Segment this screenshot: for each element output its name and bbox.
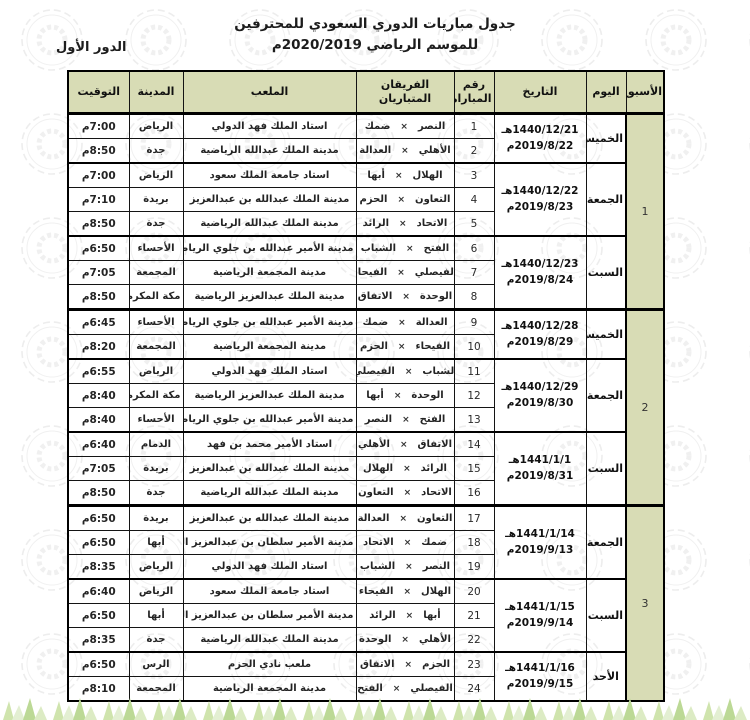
away-team: الفيصلي bbox=[356, 366, 395, 377]
day-cell: السبت bbox=[586, 236, 626, 310]
date-cell: 1440/12/21هـ2019/8/22م bbox=[494, 114, 586, 164]
home-team: أبها bbox=[423, 610, 441, 621]
stadium-cell: مدينة الملك عبدالله الرياضية bbox=[183, 628, 356, 653]
schedule-table-container: الأسبوع اليوم التاريخ رقم المباراة الفري… bbox=[67, 70, 665, 702]
gregorian-date: 2019/8/31م bbox=[497, 469, 584, 485]
time-cell: 6:40م bbox=[68, 579, 129, 604]
date-cell: 1440/12/28هـ2019/8/29م bbox=[494, 310, 586, 360]
stadium-cell: استاد الملك فهد الدولي bbox=[183, 114, 356, 139]
city-cell: جدة bbox=[129, 628, 183, 653]
hijri-date: 1441/1/16هـ bbox=[497, 661, 584, 677]
teams-cell: الفيحاء×الحزم bbox=[356, 335, 454, 360]
time-cell: 8:20م bbox=[68, 335, 129, 360]
teams-pairing: الفيصلي×الفتح bbox=[363, 683, 448, 694]
date-cell: 1440/12/22هـ2019/8/23م bbox=[494, 163, 586, 236]
city-cell: مكة المكرمة bbox=[129, 384, 183, 408]
day-cell: الجمعة bbox=[586, 163, 626, 236]
match-number-cell: 16 bbox=[454, 481, 494, 506]
match-number-cell: 10 bbox=[454, 335, 494, 360]
home-team: الهلال bbox=[413, 170, 443, 181]
table-row: 1الخميس1440/12/21هـ2019/8/22م1النصر×ضمكا… bbox=[68, 114, 664, 139]
match-number-cell: 20 bbox=[454, 579, 494, 604]
home-team: الهلال bbox=[421, 586, 451, 597]
stadium-cell: استاد الملك فهد الدولي bbox=[183, 359, 356, 384]
city-cell: المجمعة bbox=[129, 335, 183, 360]
time-cell: 8:35م bbox=[68, 555, 129, 580]
teams-cell: الأهلي×الوحدة bbox=[356, 628, 454, 653]
teams-pairing: الفتح×النصر bbox=[363, 414, 448, 425]
hijri-date: 1440/12/22هـ bbox=[497, 184, 584, 200]
teams-cell: الوحدة×أبها bbox=[356, 384, 454, 408]
table-body: 1الخميس1440/12/21هـ2019/8/22م1النصر×ضمكا… bbox=[68, 114, 664, 702]
stadium-cell: مدينة الأمير عبدالله بن جلوي الرياضية bbox=[183, 236, 356, 261]
table-row: الجمعة1440/12/22هـ2019/8/23م3الهلال×أبها… bbox=[68, 163, 664, 188]
date-cell: 1441/1/1هـ2019/8/31م bbox=[494, 432, 586, 506]
stadium-cell: مدينة الأمير سلطان بن عبدالعزيز الرياضية bbox=[183, 531, 356, 555]
teams-cell: التعاون×الحزم bbox=[356, 188, 454, 212]
city-cell: الرياض bbox=[129, 579, 183, 604]
teams-cell: التعاون×العدالة bbox=[356, 506, 454, 531]
time-cell: 7:05م bbox=[68, 457, 129, 481]
day-cell: السبت bbox=[586, 579, 626, 652]
away-team: العدالة bbox=[358, 513, 390, 524]
teams-cell: أبها×الرائد bbox=[356, 604, 454, 628]
vs-separator: × bbox=[402, 415, 410, 425]
grass-decoration bbox=[0, 698, 750, 720]
city-cell: الرس bbox=[129, 652, 183, 677]
away-team: الوحدة bbox=[359, 634, 391, 645]
teams-cell: ضمك×الاتحاد bbox=[356, 531, 454, 555]
home-team: العدالة bbox=[416, 317, 448, 328]
teams-cell: الهلال×أبها bbox=[356, 163, 454, 188]
teams-pairing: العدالة×ضمك bbox=[363, 317, 448, 328]
page-title-line1: جدول مباريات الدوري السعودي للمحترفين bbox=[40, 14, 710, 35]
stadium-cell: مدينة الملك عبدالله الرياضية bbox=[183, 212, 356, 237]
away-team: الشباب bbox=[360, 561, 395, 572]
hijri-date: 1440/12/21هـ bbox=[497, 123, 584, 139]
home-team: الأهلي bbox=[419, 634, 451, 645]
time-cell: 8:50م bbox=[68, 212, 129, 237]
page-title: جدول مباريات الدوري السعودي للمحترفين لل… bbox=[40, 14, 710, 56]
table-row: الأحد1441/1/16هـ2019/9/15م23الحزم×الاتفا… bbox=[68, 652, 664, 677]
home-team: الشباب bbox=[422, 366, 454, 377]
teams-cell: الشباب×الفيصلي bbox=[356, 359, 454, 384]
match-number-cell: 9 bbox=[454, 310, 494, 335]
city-cell: الدمام bbox=[129, 432, 183, 457]
away-team: الشباب bbox=[361, 243, 396, 254]
day-cell: الجمعة bbox=[586, 506, 626, 580]
match-number-cell: 1 bbox=[454, 114, 494, 139]
home-team: الفتح bbox=[424, 243, 450, 254]
vs-separator: × bbox=[399, 219, 407, 229]
teams-pairing: الرائد×الهلال bbox=[363, 463, 448, 474]
time-cell: 8:50م bbox=[68, 139, 129, 164]
away-team: الفيحاء bbox=[359, 586, 394, 597]
away-team: الحزم bbox=[360, 341, 388, 352]
teams-pairing: التعاون×الحزم bbox=[363, 194, 448, 205]
away-team: أبها bbox=[367, 170, 385, 181]
day-cell: الخميس bbox=[586, 114, 626, 164]
home-team: الأهلي bbox=[419, 145, 451, 156]
match-number-cell: 2 bbox=[454, 139, 494, 164]
date-cell: 1441/1/16هـ2019/9/15م bbox=[494, 652, 586, 701]
teams-pairing: الهلال×الفيحاء bbox=[363, 586, 448, 597]
stadium-cell: مدينة الملك عبدالله بن عبدالعزيز bbox=[183, 506, 356, 531]
home-team: الفتح bbox=[420, 414, 446, 425]
teams-pairing: الشباب×الفيصلي bbox=[363, 366, 448, 377]
vs-separator: × bbox=[403, 587, 411, 597]
away-team: ضمك bbox=[362, 317, 388, 328]
hijri-date: 1440/12/28هـ bbox=[497, 319, 584, 335]
away-team: الرائد bbox=[363, 218, 389, 229]
vs-separator: × bbox=[400, 122, 408, 132]
away-team: الاتفاق bbox=[358, 291, 393, 302]
hijri-date: 1441/1/14هـ bbox=[497, 527, 584, 543]
stadium-cell: ملعب نادي الحزم bbox=[183, 652, 356, 677]
vs-separator: × bbox=[401, 146, 409, 156]
vs-separator: × bbox=[398, 342, 406, 352]
home-team: التعاون bbox=[417, 513, 452, 524]
teams-cell: الحزم×الاتفاق bbox=[356, 652, 454, 677]
stadium-cell: استاد جامعة الملك سعود bbox=[183, 579, 356, 604]
city-cell: الرياض bbox=[129, 114, 183, 139]
stadium-cell: مدينة الملك عبدالله الرياضية bbox=[183, 481, 356, 506]
match-number-cell: 5 bbox=[454, 212, 494, 237]
home-team: ضمك bbox=[421, 537, 447, 548]
gregorian-date: 2019/8/30م bbox=[497, 396, 584, 412]
table-row: السبت1441/1/1هـ2019/8/31م14الاتفاق×الأهل… bbox=[68, 432, 664, 457]
home-team: الاتفاق bbox=[418, 439, 453, 450]
week-cell: 2 bbox=[626, 310, 664, 506]
day-cell: الخميس bbox=[586, 310, 626, 360]
home-team: الرائد bbox=[421, 463, 447, 474]
vs-separator: × bbox=[400, 440, 408, 450]
header-date: التاريخ bbox=[494, 71, 586, 114]
header-row: الأسبوع اليوم التاريخ رقم المباراة الفري… bbox=[68, 71, 664, 114]
away-team: الحزم bbox=[360, 194, 388, 205]
time-cell: 6:45م bbox=[68, 310, 129, 335]
match-number-cell: 15 bbox=[454, 457, 494, 481]
vs-separator: × bbox=[398, 318, 406, 328]
teams-pairing: الوحدة×الاتفاق bbox=[363, 291, 448, 302]
time-cell: 8:35م bbox=[68, 628, 129, 653]
teams-cell: الاتحاد×الرائد bbox=[356, 212, 454, 237]
date-cell: 1440/12/29هـ2019/8/30م bbox=[494, 359, 586, 432]
time-cell: 6:50م bbox=[68, 604, 129, 628]
match-number-cell: 8 bbox=[454, 285, 494, 310]
vs-separator: × bbox=[397, 195, 405, 205]
date-cell: 1440/12/23هـ2019/8/24م bbox=[494, 236, 586, 310]
away-team: الفيحاء bbox=[356, 267, 387, 278]
header-week: الأسبوع bbox=[626, 71, 664, 114]
match-number-cell: 3 bbox=[454, 163, 494, 188]
match-number-cell: 21 bbox=[454, 604, 494, 628]
gregorian-date: 2019/9/15م bbox=[497, 677, 584, 693]
date-cell: 1441/1/15هـ2019/9/14م bbox=[494, 579, 586, 652]
vs-separator: × bbox=[405, 562, 413, 572]
away-team: الاتفاق bbox=[360, 659, 395, 670]
table-row: 2الخميس1440/12/28هـ2019/8/29م9العدالة×ضم… bbox=[68, 310, 664, 335]
stadium-cell: مدينة الأمير سلطان بن عبدالعزيز الرياضية bbox=[183, 604, 356, 628]
header-city: المدينة bbox=[129, 71, 183, 114]
home-team: الحزم bbox=[422, 659, 450, 670]
page-title-line2: للموسم الرياضي 2020/2019م bbox=[40, 35, 710, 56]
vs-separator: × bbox=[404, 538, 412, 548]
header-stadium: الملعب bbox=[183, 71, 356, 114]
home-team: الوحدة bbox=[411, 390, 443, 401]
stadium-cell: مدينة الملك عبدالله الرياضية bbox=[183, 139, 356, 164]
city-cell: أبها bbox=[129, 604, 183, 628]
hijri-date: 1441/1/15هـ bbox=[497, 600, 584, 616]
away-team: العدالة bbox=[359, 145, 391, 156]
match-number-cell: 22 bbox=[454, 628, 494, 653]
away-team: الهلال bbox=[363, 463, 393, 474]
time-cell: 6:50م bbox=[68, 506, 129, 531]
header-match-no: رقم المباراة bbox=[454, 71, 494, 114]
gregorian-date: 2019/9/13م bbox=[497, 543, 584, 559]
day-cell: الأحد bbox=[586, 652, 626, 701]
city-cell: الرياض bbox=[129, 555, 183, 580]
teams-pairing: التعاون×العدالة bbox=[363, 513, 448, 524]
hijri-date: 1440/12/23هـ bbox=[497, 257, 584, 273]
match-number-cell: 14 bbox=[454, 432, 494, 457]
day-cell: السبت bbox=[586, 432, 626, 506]
time-cell: 7:10م bbox=[68, 188, 129, 212]
teams-cell: الفتح×النصر bbox=[356, 408, 454, 433]
vs-separator: × bbox=[406, 244, 414, 254]
teams-cell: النصر×الشباب bbox=[356, 555, 454, 580]
day-cell: الجمعة bbox=[586, 359, 626, 432]
page-header: جدول مباريات الدوري السعودي للمحترفين لل… bbox=[0, 0, 750, 56]
header-day: اليوم bbox=[586, 71, 626, 114]
away-team: التعاون bbox=[358, 487, 393, 498]
away-team: الرائد bbox=[369, 610, 395, 621]
home-team: الفيصلي bbox=[410, 683, 453, 694]
teams-pairing: الاتحاد×الرائد bbox=[363, 218, 448, 229]
time-cell: 8:40م bbox=[68, 408, 129, 433]
city-cell: مكة المكرمة bbox=[129, 285, 183, 310]
stadium-cell: مدينة الأمير عبدالله بن جلوي الرياضية bbox=[183, 310, 356, 335]
match-number-cell: 6 bbox=[454, 236, 494, 261]
gregorian-date: 2019/8/29م bbox=[497, 335, 584, 351]
vs-separator: × bbox=[406, 611, 414, 621]
vs-separator: × bbox=[401, 635, 409, 645]
hijri-date: 1441/1/1هـ bbox=[497, 453, 584, 469]
teams-pairing: الوحدة×أبها bbox=[363, 390, 448, 401]
home-team: الاتحاد bbox=[417, 218, 448, 229]
stadium-cell: استاد الملك فهد الدولي bbox=[183, 555, 356, 580]
vs-separator: × bbox=[399, 514, 407, 524]
teams-pairing: الفتح×الشباب bbox=[363, 243, 448, 254]
vs-separator: × bbox=[397, 268, 405, 278]
teams-cell: الاتفاق×الأهلي bbox=[356, 432, 454, 457]
time-cell: 6:40م bbox=[68, 432, 129, 457]
stadium-cell: استاد الأمير محمد بن فهد bbox=[183, 432, 356, 457]
teams-cell: الهلال×الفيحاء bbox=[356, 579, 454, 604]
time-cell: 6:50م bbox=[68, 652, 129, 677]
time-cell: 8:40م bbox=[68, 384, 129, 408]
teams-cell: العدالة×ضمك bbox=[356, 310, 454, 335]
city-cell: بريدة bbox=[129, 188, 183, 212]
header-time: التوقيت bbox=[68, 71, 129, 114]
home-team: الاتحاد bbox=[421, 487, 452, 498]
week-cell: 3 bbox=[626, 506, 664, 702]
away-team: ضمك bbox=[365, 121, 391, 132]
match-number-cell: 4 bbox=[454, 188, 494, 212]
stadium-cell: مدينة الملك عبدالله بن عبدالعزيز bbox=[183, 188, 356, 212]
teams-pairing: ضمك×الاتحاد bbox=[363, 537, 448, 548]
teams-cell: الفيصلي×الفيحاء bbox=[356, 261, 454, 285]
city-cell: الرياض bbox=[129, 163, 183, 188]
match-number-cell: 19 bbox=[454, 555, 494, 580]
match-number-cell: 7 bbox=[454, 261, 494, 285]
teams-pairing: الحزم×الاتفاق bbox=[363, 659, 448, 670]
city-cell: المجمعة bbox=[129, 261, 183, 285]
teams-pairing: أبها×الرائد bbox=[363, 610, 448, 621]
teams-pairing: الأهلي×الوحدة bbox=[363, 634, 448, 645]
stadium-cell: مدينة المجمعة الرياضية bbox=[183, 335, 356, 360]
gregorian-date: 2019/8/23م bbox=[497, 200, 584, 216]
vs-separator: × bbox=[403, 464, 411, 474]
match-number-cell: 17 bbox=[454, 506, 494, 531]
away-team: النصر bbox=[365, 414, 392, 425]
home-team: النصر bbox=[418, 121, 445, 132]
away-team: أبها bbox=[366, 390, 384, 401]
time-cell: 8:50م bbox=[68, 481, 129, 506]
away-team: الفتح bbox=[357, 683, 383, 694]
home-team: النصر bbox=[423, 561, 450, 572]
home-team: الفيحاء bbox=[415, 341, 450, 352]
city-cell: الأحساء bbox=[129, 408, 183, 433]
teams-pairing: الاتفاق×الأهلي bbox=[363, 439, 448, 450]
match-number-cell: 12 bbox=[454, 384, 494, 408]
teams-pairing: النصر×الشباب bbox=[363, 561, 448, 572]
table-row: السبت1440/12/23هـ2019/8/24م6الفتح×الشباب… bbox=[68, 236, 664, 261]
teams-cell: الرائد×الهلال bbox=[356, 457, 454, 481]
stadium-cell: مدينة الأمير عبدالله بن جلوي الرياضية bbox=[183, 408, 356, 433]
stadium-cell: مدينة الملك عبدالله بن عبدالعزيز bbox=[183, 457, 356, 481]
city-cell: أبها bbox=[129, 531, 183, 555]
round-label: الدور الأول bbox=[56, 40, 126, 55]
time-cell: 7:05م bbox=[68, 261, 129, 285]
home-team: التعاون bbox=[415, 194, 450, 205]
vs-separator: × bbox=[393, 684, 401, 694]
gregorian-date: 2019/8/22م bbox=[497, 139, 584, 155]
week-cell: 1 bbox=[626, 114, 664, 310]
stadium-cell: استاد جامعة الملك سعود bbox=[183, 163, 356, 188]
table-row: الجمعة1440/12/29هـ2019/8/30م11الشباب×الف… bbox=[68, 359, 664, 384]
stadium-cell: مدينة المجمعة الرياضية bbox=[183, 261, 356, 285]
match-number-cell: 18 bbox=[454, 531, 494, 555]
table-header: الأسبوع اليوم التاريخ رقم المباراة الفري… bbox=[68, 71, 664, 114]
date-cell: 1441/1/14هـ2019/9/13م bbox=[494, 506, 586, 580]
time-cell: 8:50م bbox=[68, 285, 129, 310]
vs-separator: × bbox=[394, 391, 402, 401]
time-cell: 6:50م bbox=[68, 236, 129, 261]
gregorian-date: 2019/9/14م bbox=[497, 616, 584, 632]
city-cell: بريدة bbox=[129, 506, 183, 531]
teams-pairing: الهلال×أبها bbox=[363, 170, 448, 181]
teams-pairing: الفيصلي×الفيحاء bbox=[363, 267, 448, 278]
city-cell: جدة bbox=[129, 481, 183, 506]
city-cell: بريدة bbox=[129, 457, 183, 481]
city-cell: الأحساء bbox=[129, 236, 183, 261]
teams-pairing: النصر×ضمك bbox=[363, 121, 448, 132]
teams-pairing: الاتحاد×التعاون bbox=[363, 487, 448, 498]
home-team: الفيصلي bbox=[415, 267, 454, 278]
away-team: الاتحاد bbox=[363, 537, 394, 548]
city-cell: الرياض bbox=[129, 359, 183, 384]
city-cell: جدة bbox=[129, 139, 183, 164]
stadium-cell: مدينة الملك عبدالعزيز الرياضية bbox=[183, 285, 356, 310]
schedule-table: الأسبوع اليوم التاريخ رقم المباراة الفري… bbox=[67, 70, 665, 702]
vs-separator: × bbox=[404, 488, 412, 498]
teams-pairing: الأهلي×العدالة bbox=[363, 145, 448, 156]
time-cell: 6:55م bbox=[68, 359, 129, 384]
teams-cell: الاتحاد×التعاون bbox=[356, 481, 454, 506]
hijri-date: 1440/12/29هـ bbox=[497, 380, 584, 396]
vs-separator: × bbox=[402, 292, 410, 302]
match-number-cell: 23 bbox=[454, 652, 494, 677]
vs-separator: × bbox=[395, 171, 403, 181]
time-cell: 7:00م bbox=[68, 163, 129, 188]
teams-cell: الوحدة×الاتفاق bbox=[356, 285, 454, 310]
table-row: السبت1441/1/15هـ2019/9/14م20الهلال×الفيح… bbox=[68, 579, 664, 604]
vs-separator: × bbox=[405, 660, 413, 670]
vs-separator: × bbox=[405, 367, 413, 377]
match-number-cell: 11 bbox=[454, 359, 494, 384]
gregorian-date: 2019/8/24م bbox=[497, 273, 584, 289]
away-team: الأهلي bbox=[358, 439, 390, 450]
time-cell: 6:50م bbox=[68, 531, 129, 555]
city-cell: الأحساء bbox=[129, 310, 183, 335]
teams-cell: النصر×ضمك bbox=[356, 114, 454, 139]
time-cell: 7:00م bbox=[68, 114, 129, 139]
home-team: الوحدة bbox=[420, 291, 452, 302]
table-row: 3الجمعة1441/1/14هـ2019/9/13م17التعاون×ال… bbox=[68, 506, 664, 531]
city-cell: جدة bbox=[129, 212, 183, 237]
stadium-cell: مدينة الملك عبدالعزيز الرياضية bbox=[183, 384, 356, 408]
teams-cell: الأهلي×العدالة bbox=[356, 139, 454, 164]
teams-pairing: الفيحاء×الحزم bbox=[363, 341, 448, 352]
header-teams: الفريقان المتباريان bbox=[356, 71, 454, 114]
match-number-cell: 13 bbox=[454, 408, 494, 433]
teams-cell: الفتح×الشباب bbox=[356, 236, 454, 261]
